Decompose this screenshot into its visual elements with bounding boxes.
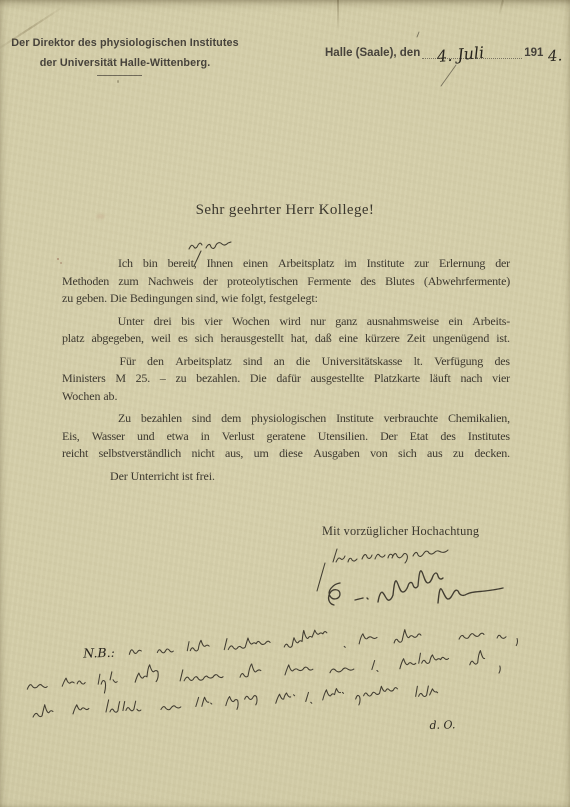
valediction: Mit vorzüglicher Hochachtung [322, 524, 479, 539]
letterhead-divider [97, 75, 142, 76]
signature-abderhalden [329, 571, 503, 605]
handwritten-valediction-squiggle [333, 549, 448, 563]
handwritten-year-digit: 4. [546, 46, 563, 65]
paper-crease [337, 0, 339, 30]
paragraph: UnterdreibisvierWochenwirdnurganzausnahm… [62, 313, 510, 348]
stray-pen-stroke [441, 65, 456, 86]
letterhead-line1: Der Direktor des physiologischen Institu… [0, 33, 250, 53]
postscript-line1-squiggle [129, 625, 518, 657]
paper-speck [117, 80, 119, 83]
body-line: UnterdreibisvierWochenwirdnurganzausnahm… [62, 313, 510, 331]
handwritten-closing [317, 549, 503, 605]
postscript-line3-squiggle [32, 685, 437, 717]
dateline-place: Halle (Saale), den [325, 47, 420, 59]
body-line: platzabgegeben,weilessichherausgestellth… [62, 330, 510, 348]
body-line: MethodenzumNachweisderproteolytischenFer… [62, 273, 510, 291]
body-line: FürdenArbeitsplatzsindandieUniversitätsk… [62, 353, 510, 371]
first-line-indent [62, 313, 108, 331]
handwritten-postscript: N.B.: d. O. [26, 625, 520, 744]
paragraph: FürdenArbeitsplatzsindandieUniversitätsk… [62, 353, 510, 406]
letterhead: Der Direktor des physiologischen Institu… [0, 33, 250, 73]
letterhead-line2: der Universität Halle-Wittenberg. [0, 53, 250, 73]
body-line: Der Unterricht ist frei. [62, 468, 510, 486]
insertion-word-squiggle [189, 242, 231, 249]
body-line: Eis,WasserundetwainVerlustgerateneUtensi… [62, 428, 510, 446]
body-line: zu geben. Die Bedingungen sind, wie folg… [62, 290, 510, 308]
dateline-dotted-blank [422, 45, 522, 59]
paragraph: ZubezahlensinddemphysiologischenInstitut… [62, 410, 510, 463]
paper-speck [57, 258, 59, 260]
salutation: Sehr geehrter Herr Kollege! [0, 202, 570, 219]
handwritten-date: 4. Juli 4. [417, 32, 563, 86]
first-line-indent [62, 255, 108, 273]
paper-crease [498, 0, 504, 16]
body-line: ZubezahlensinddemphysiologischenInstitut… [62, 410, 510, 428]
first-line-indent [62, 410, 108, 428]
body-text: Ichbinbereit,IhneneinenArbeitsplatzimIns… [62, 255, 510, 485]
postscript-line2-squiggle [27, 650, 501, 695]
letter-page: Der Direktor des physiologischen Institu… [0, 0, 570, 807]
body-line: MinistersM25.–zubezahlen.Diedafürausgest… [62, 370, 510, 388]
paragraph: Ichbinbereit,IhneneinenArbeitsplatzimIns… [62, 255, 510, 308]
body-line: Wochen ab. [62, 388, 510, 406]
dateline: Halle (Saale), den 191 [325, 45, 543, 59]
body-line: Ichbinbereit,IhneneinenArbeitsplatzimIns… [62, 255, 510, 273]
postscript-prefix: N.B.: [82, 645, 115, 661]
postscript-signoff: d. O. [429, 718, 455, 732]
signature-lead-stroke [317, 563, 325, 591]
paragraph: Der Unterricht ist frei. [62, 468, 510, 486]
first-line-indent [62, 353, 108, 371]
body-line: reichtselbstverständlichnichtaus,umdiese… [62, 445, 510, 463]
stray-pen-tick [417, 32, 419, 37]
dateline-year-prefix: 191 [524, 47, 543, 59]
